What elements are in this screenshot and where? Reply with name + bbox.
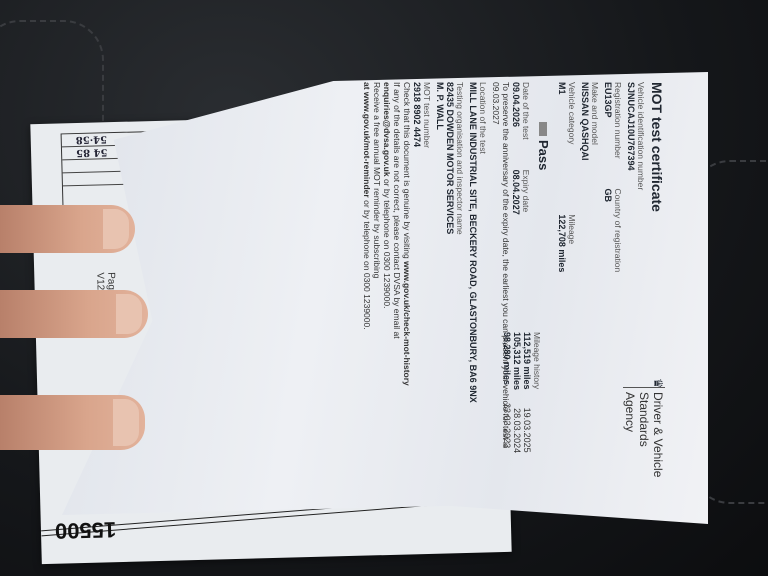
finger — [0, 395, 145, 450]
contact-email[interactable]: enquiries@dvsa.gov.uk — [382, 82, 392, 177]
anniversary-date: 09.03.2027 — [491, 82, 501, 512]
country: GB — [603, 189, 613, 273]
mot-certificate: ♛ Driver & VehicleStandardsAgency MOT te… — [385, 82, 665, 512]
invoice-number: 15500 — [55, 516, 117, 544]
category: M1 — [557, 82, 567, 144]
check-url[interactable]: www.gov.uk/check-mot-history — [402, 261, 412, 386]
inspector: M. P. WALL — [435, 82, 445, 512]
mileage: 122,708 miles — [557, 214, 567, 272]
tester-org: 82435 DOWDEN MOTOR SERVICES — [445, 82, 455, 512]
finger — [0, 205, 135, 253]
test-date: 09.04.2026 — [511, 82, 521, 140]
expiry-date: 08.04.2027 — [511, 170, 521, 215]
test-location: MILL LANE INDUSTRIAL SITE, BECKERY ROAD,… — [468, 82, 478, 512]
result-badge: Pass — [536, 122, 551, 512]
reminder-url[interactable]: at www.gov.uk/mot-reminder — [362, 82, 372, 198]
dvsa-logo: Driver & VehicleStandardsAgency — [623, 387, 665, 477]
registration: EU13GP — [603, 82, 613, 159]
test-number: 2918 8902 4474 — [412, 82, 422, 512]
mileage-history: Mileage history 112,519 miles19.03.2025 … — [502, 332, 545, 453]
finger — [0, 290, 148, 338]
make-model: NISSAN QASHQAI — [580, 82, 590, 512]
